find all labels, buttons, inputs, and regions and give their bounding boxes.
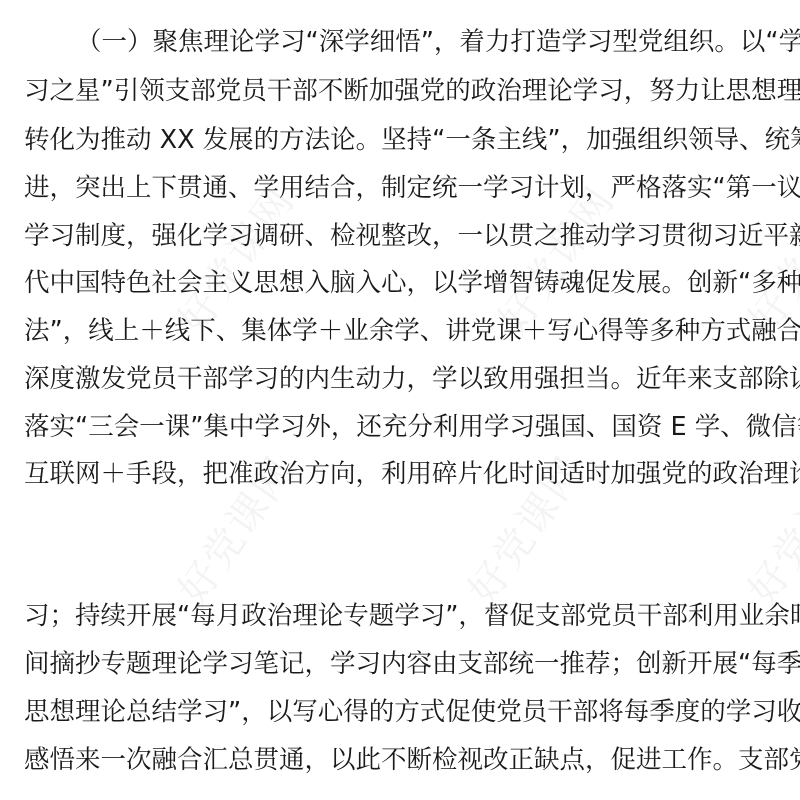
paragraph-line: 互联网＋手段，把准政治方向，利用碎片化时间适时加强党的政治理论学 [24, 457, 776, 491]
paragraph-line: 深度激发党员干部学习的内生动力，学以致用强担当。近年来支部除认真 [24, 362, 776, 396]
paragraph-line: 思想理论总结学习”，以写心得的方式促使党员干部将每季度的学习收获、 [24, 695, 776, 729]
paragraph-line: 法”，线上＋线下、集体学＋业余学、讲党课＋写心得等多种方式融合学， [24, 314, 776, 348]
paragraph-line: 代中国特色社会主义思想入脑入心，以学增智铸魂促发展。创新“多种方 [24, 266, 776, 300]
paragraph-line: 转化为推动 XX 发展的方法论。坚持“一条主线”，加强组织领导、统筹推 [24, 123, 776, 157]
paragraph-line: 习之星”引领支部党员干部不断加强党的政治理论学习，努力让思想理论 [24, 74, 776, 108]
document-page: 好党课网 好党课网 好党课网 好党课网 好党课网 好党课网 （一）聚焦理论学习“… [0, 0, 800, 800]
paragraph-line: 落实“三会一课”集中学习外，还充分利用学习强国、国资 E 学、微信等 [24, 410, 776, 444]
paragraph-line: 感悟来一次融合汇总贯通，以此不断检视改正缺点，促进工作。支部党员 [24, 743, 776, 777]
paragraph-line: 习；持续开展“每月政治理论专题学习”，督促支部党员干部利用业余时 [24, 599, 776, 633]
paragraph-line: 进，突出上下贯通、学用结合，制定统一学习计划，严格落实“第一议题” [24, 171, 776, 205]
paragraph-line: （一）聚焦理论学习“深学细悟”，着力打造学习型党组织。以“学 [76, 25, 776, 59]
paragraph-line: 间摘抄专题理论学习笔记，学习内容由支部统一推荐；创新开展“每季度 [24, 647, 776, 681]
paragraph-line: 学习制度，强化学习调研、检视整改，一以贯之推动学习贯彻习近平新时 [24, 219, 776, 253]
